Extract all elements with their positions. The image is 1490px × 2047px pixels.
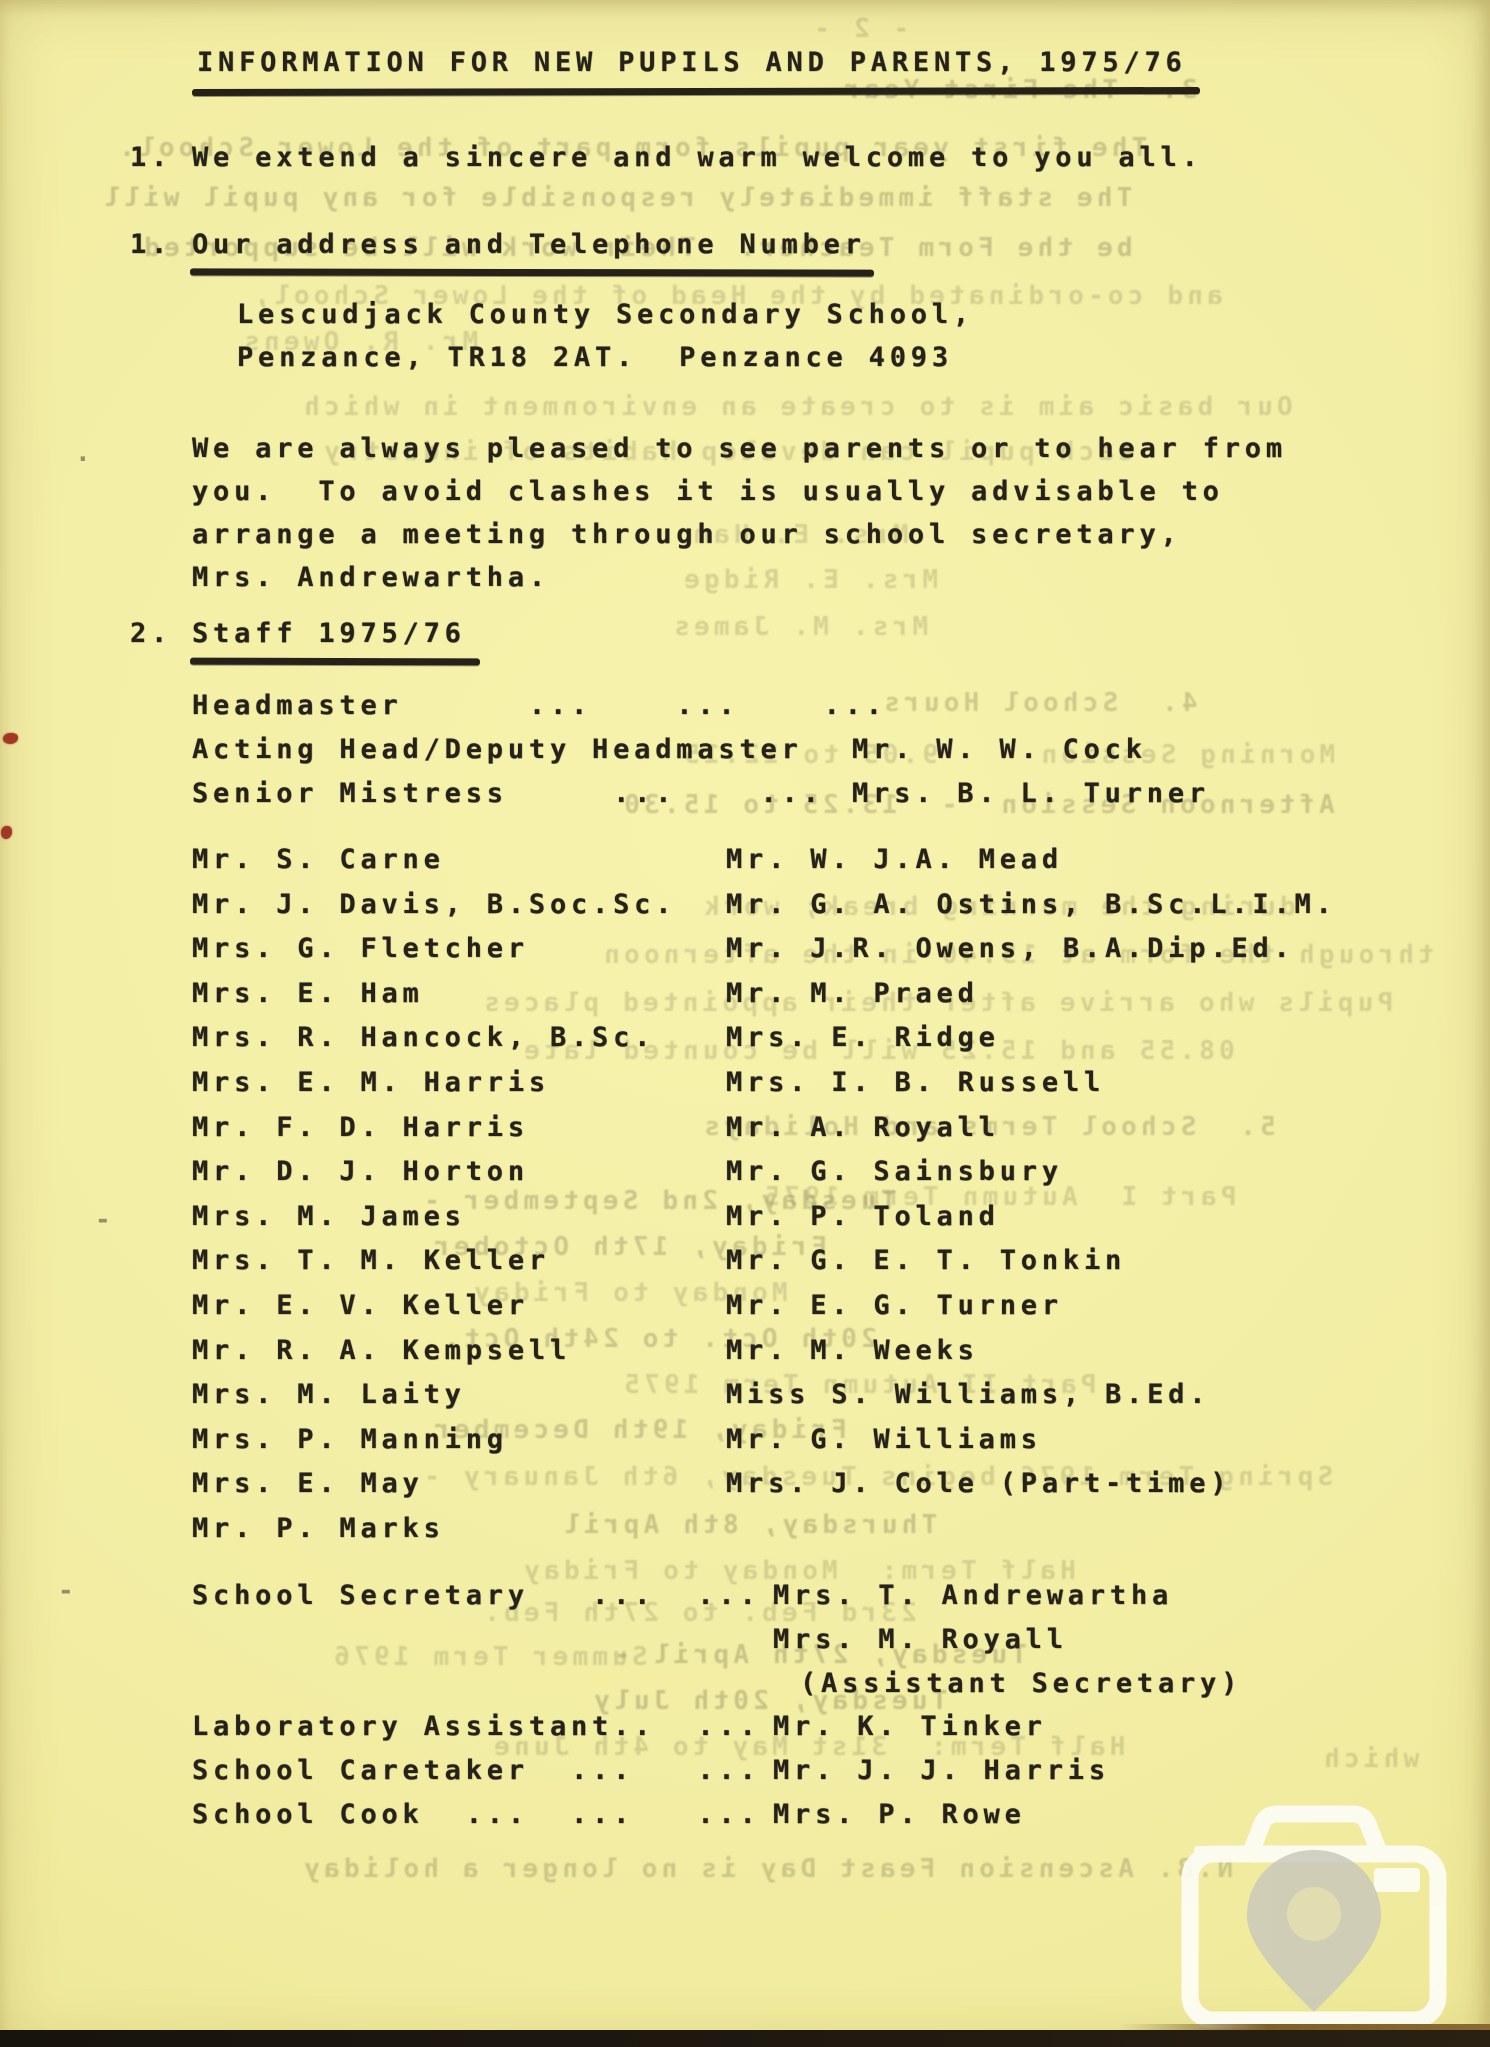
- paragraph-line: arrange a meeting through our school sec…: [192, 520, 1182, 550]
- staff-role-label: Senior Mistress ... ...: [192, 779, 824, 809]
- address-heading-underline: [190, 268, 874, 276]
- paragraph-line: Mrs. Andrewartha.: [192, 563, 550, 593]
- teacher-name: Mrs. T. M. Keller: [192, 1246, 550, 1276]
- teacher-name: Mr. G. E. T. Tonkin: [726, 1246, 1126, 1276]
- teacher-name: Mrs. I. B. Russell: [726, 1068, 1105, 1098]
- teacher-name: Mrs. J. Cole (Part-time): [726, 1469, 1231, 1499]
- teacher-name: Mr. E. V. Keller: [192, 1291, 529, 1321]
- address-line: Lescudjack County Secondary School,: [237, 300, 974, 330]
- staff-role-label: Headmaster ... ... ...: [192, 691, 887, 721]
- welcome-text: We extend a sincere and warm welcome to …: [192, 143, 1203, 173]
- address-line: Penzance, TR18 2AT. Penzance 4093: [237, 343, 953, 373]
- teacher-name: Mr. E. G. Turner: [726, 1291, 1063, 1321]
- bleedthrough-text: Mrs. E. Ridge: [680, 565, 938, 595]
- stray-ink-mark: .: [75, 438, 91, 468]
- stray-ink-mark: -: [95, 1205, 111, 1235]
- staff-name: Mrs. B. L. Turner: [852, 779, 1210, 809]
- bleedthrough-text: 4. School Hours: [880, 688, 1198, 718]
- teacher-name: Mr. A. Royall: [726, 1113, 1000, 1143]
- teacher-name: Mr. F. D. Harris: [192, 1113, 529, 1143]
- address-heading: Our address and Telephone Number: [192, 230, 866, 260]
- title-underline: [192, 87, 1200, 96]
- paper-speck: [3, 733, 18, 744]
- bleedthrough-text: N.B. Ascension Feast Day is no longer a …: [300, 1854, 1233, 1884]
- teacher-name: Mrs. E. M. Harris: [192, 1068, 550, 1098]
- page-title: INFORMATION FOR NEW PUPILS AND PARENTS, …: [197, 48, 1187, 78]
- teacher-name: Mrs. E. Ham: [192, 979, 424, 1009]
- teacher-name: Mrs. E. Ridge: [726, 1023, 1000, 1053]
- staff-heading-underline: [190, 658, 480, 666]
- teacher-name: Mr. S. Carne: [192, 845, 445, 875]
- teacher-name: Mrs. P. Manning: [192, 1425, 508, 1455]
- camera-watermark-icon: [1176, 1798, 1452, 2034]
- teacher-name: Mr. R. A. Kempsell: [192, 1336, 571, 1366]
- teacher-name: Mrs. R. Hancock, B.Sc.: [192, 1023, 655, 1053]
- teacher-name: Mr. J. Davis, B.Soc.Sc.: [192, 890, 676, 920]
- teacher-name: Mrs. G. Fletcher: [192, 934, 529, 964]
- scanned-document-page: - 2 -3. The First YearThe first year pup…: [0, 0, 1490, 2047]
- teacher-name: Mr. G. A. Ostins, B.Sc.L.I.M.: [726, 890, 1337, 920]
- paper-speck: [1, 826, 12, 839]
- teacher-name: Mr. P. Marks: [192, 1514, 445, 1544]
- bleedthrough-text: Thursday, 8th April: [560, 1510, 937, 1540]
- bleedthrough-text: Mrs. M. James: [670, 612, 928, 642]
- staff-name: Mr. K. Tinker: [773, 1712, 1047, 1742]
- staff-name: Mr. J. J. Harris: [773, 1756, 1110, 1786]
- scan-edge-bottom: [0, 2030, 1490, 2047]
- staff-role-label: School Caretaker ... ...: [192, 1756, 761, 1786]
- staff-role-label: School Cook ... ... ...: [192, 1800, 761, 1830]
- teacher-name: Mr. M. Weeks: [726, 1336, 979, 1366]
- teacher-name: Mr. W. J.A. Mead: [726, 845, 1063, 875]
- teacher-name: Mrs. M. Laity: [192, 1380, 466, 1410]
- teacher-name: Mr. M. Praed: [726, 979, 979, 1009]
- paragraph-line: We are always pleased to see parents or …: [192, 434, 1287, 464]
- staff-name: Mr. W. W. Cock: [852, 735, 1147, 765]
- teacher-name: Mr. P. Toland: [726, 1202, 1000, 1232]
- staff-name: (Assistant Secretary): [800, 1669, 1242, 1699]
- staff-name: Mrs. T. Andrewartha: [773, 1581, 1173, 1611]
- item-number: 1.: [130, 143, 172, 173]
- staff-heading: Staff 1975/76: [192, 619, 466, 649]
- paragraph-line: you. To avoid clashes it is usually advi…: [192, 477, 1224, 507]
- teacher-name: Mr. G. Sainsbury: [726, 1157, 1063, 1187]
- teacher-name: Miss S. Williams, B.Ed.: [726, 1380, 1210, 1410]
- teacher-name: Mr. G. Williams: [726, 1425, 1042, 1455]
- bleedthrough-text: Summer Term 1976: [330, 1642, 648, 1672]
- teacher-name: Mr. D. J. Horton: [192, 1157, 529, 1187]
- teacher-name: Mr. J.R. Owens, B.A.Dip.Ed.: [726, 934, 1295, 964]
- item-number: 1.: [130, 230, 172, 260]
- bleedthrough-text: Our basic aim is to create an environmen…: [300, 392, 1293, 422]
- staff-name: Mrs. P. Rowe: [773, 1800, 1026, 1830]
- staff-role-label: School Secretary ... ...: [192, 1581, 761, 1611]
- teacher-name: Mrs. M. James: [192, 1202, 466, 1232]
- bleedthrough-text: The staff immediately responsible for an…: [100, 183, 1132, 213]
- bleedthrough-text: - 2 -: [810, 14, 909, 44]
- staff-role-label: Laboratory Assistant.. ...: [192, 1712, 761, 1742]
- stray-ink-mark: -: [58, 1576, 74, 1606]
- bleedthrough-text: which: [1320, 1744, 1419, 1774]
- teacher-name: Mrs. E. May: [192, 1469, 424, 1499]
- item-number: 2.: [130, 619, 172, 649]
- staff-name: Mrs. M. Royall: [773, 1625, 1068, 1655]
- staff-role-label: Acting Head/Deputy Headmaster: [192, 735, 803, 765]
